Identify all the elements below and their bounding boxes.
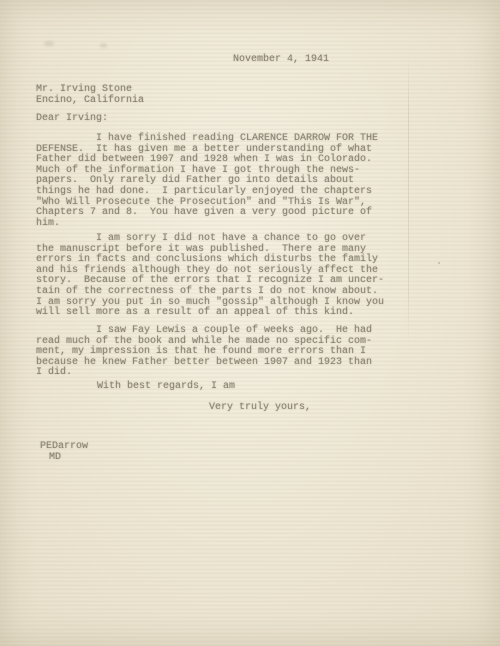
paragraph-line: things he had done. I particularly enjoy… (36, 187, 378, 198)
paragraph-line: I am sorry I did not have a chance to go… (36, 234, 384, 245)
paragraph-line: tain of the correctness of the parts I d… (36, 287, 384, 298)
recipient-city: Encino, California (36, 96, 144, 107)
date-line: November 4, 1941 (233, 55, 329, 66)
paragraph-line: I saw Fay Lewis a couple of weeks ago. H… (36, 326, 372, 337)
scan-smudge (44, 41, 54, 46)
paragraph-2: I am sorry I did not have a chance to go… (36, 234, 384, 319)
salutation: Dear Irving: (36, 114, 108, 125)
scan-smudge (100, 43, 107, 48)
paragraph-line: I have finished reading CLARENCE DARROW … (36, 134, 378, 145)
recipient-name: Mr. Irving Stone (36, 85, 144, 96)
letter-page: November 4, 1941 Mr. Irving Stone Encino… (0, 0, 500, 646)
paragraph-3: I saw Fay Lewis a couple of weeks ago. H… (36, 326, 372, 379)
paragraph-line: I did. (36, 368, 372, 379)
signature: PEDarrow (40, 442, 88, 453)
closing-line: With best regards, I am (97, 382, 235, 393)
paragraph-line: him. (36, 219, 378, 230)
recipient-address: Mr. Irving Stone Encino, California (36, 85, 144, 106)
paragraph-line: Chapters 7 and 8. You have given a very … (36, 208, 378, 219)
typist-initials: MD (49, 453, 61, 464)
paper-speck (438, 262, 440, 264)
paragraph-line: because he knew Father better between 19… (36, 358, 372, 369)
paragraph-1: I have finished reading CLARENCE DARROW … (36, 134, 378, 229)
valediction: Very truly yours, (209, 403, 311, 414)
paragraph-line: will sell more as a result of an appeal … (36, 308, 384, 319)
paper-crease (408, 55, 409, 345)
